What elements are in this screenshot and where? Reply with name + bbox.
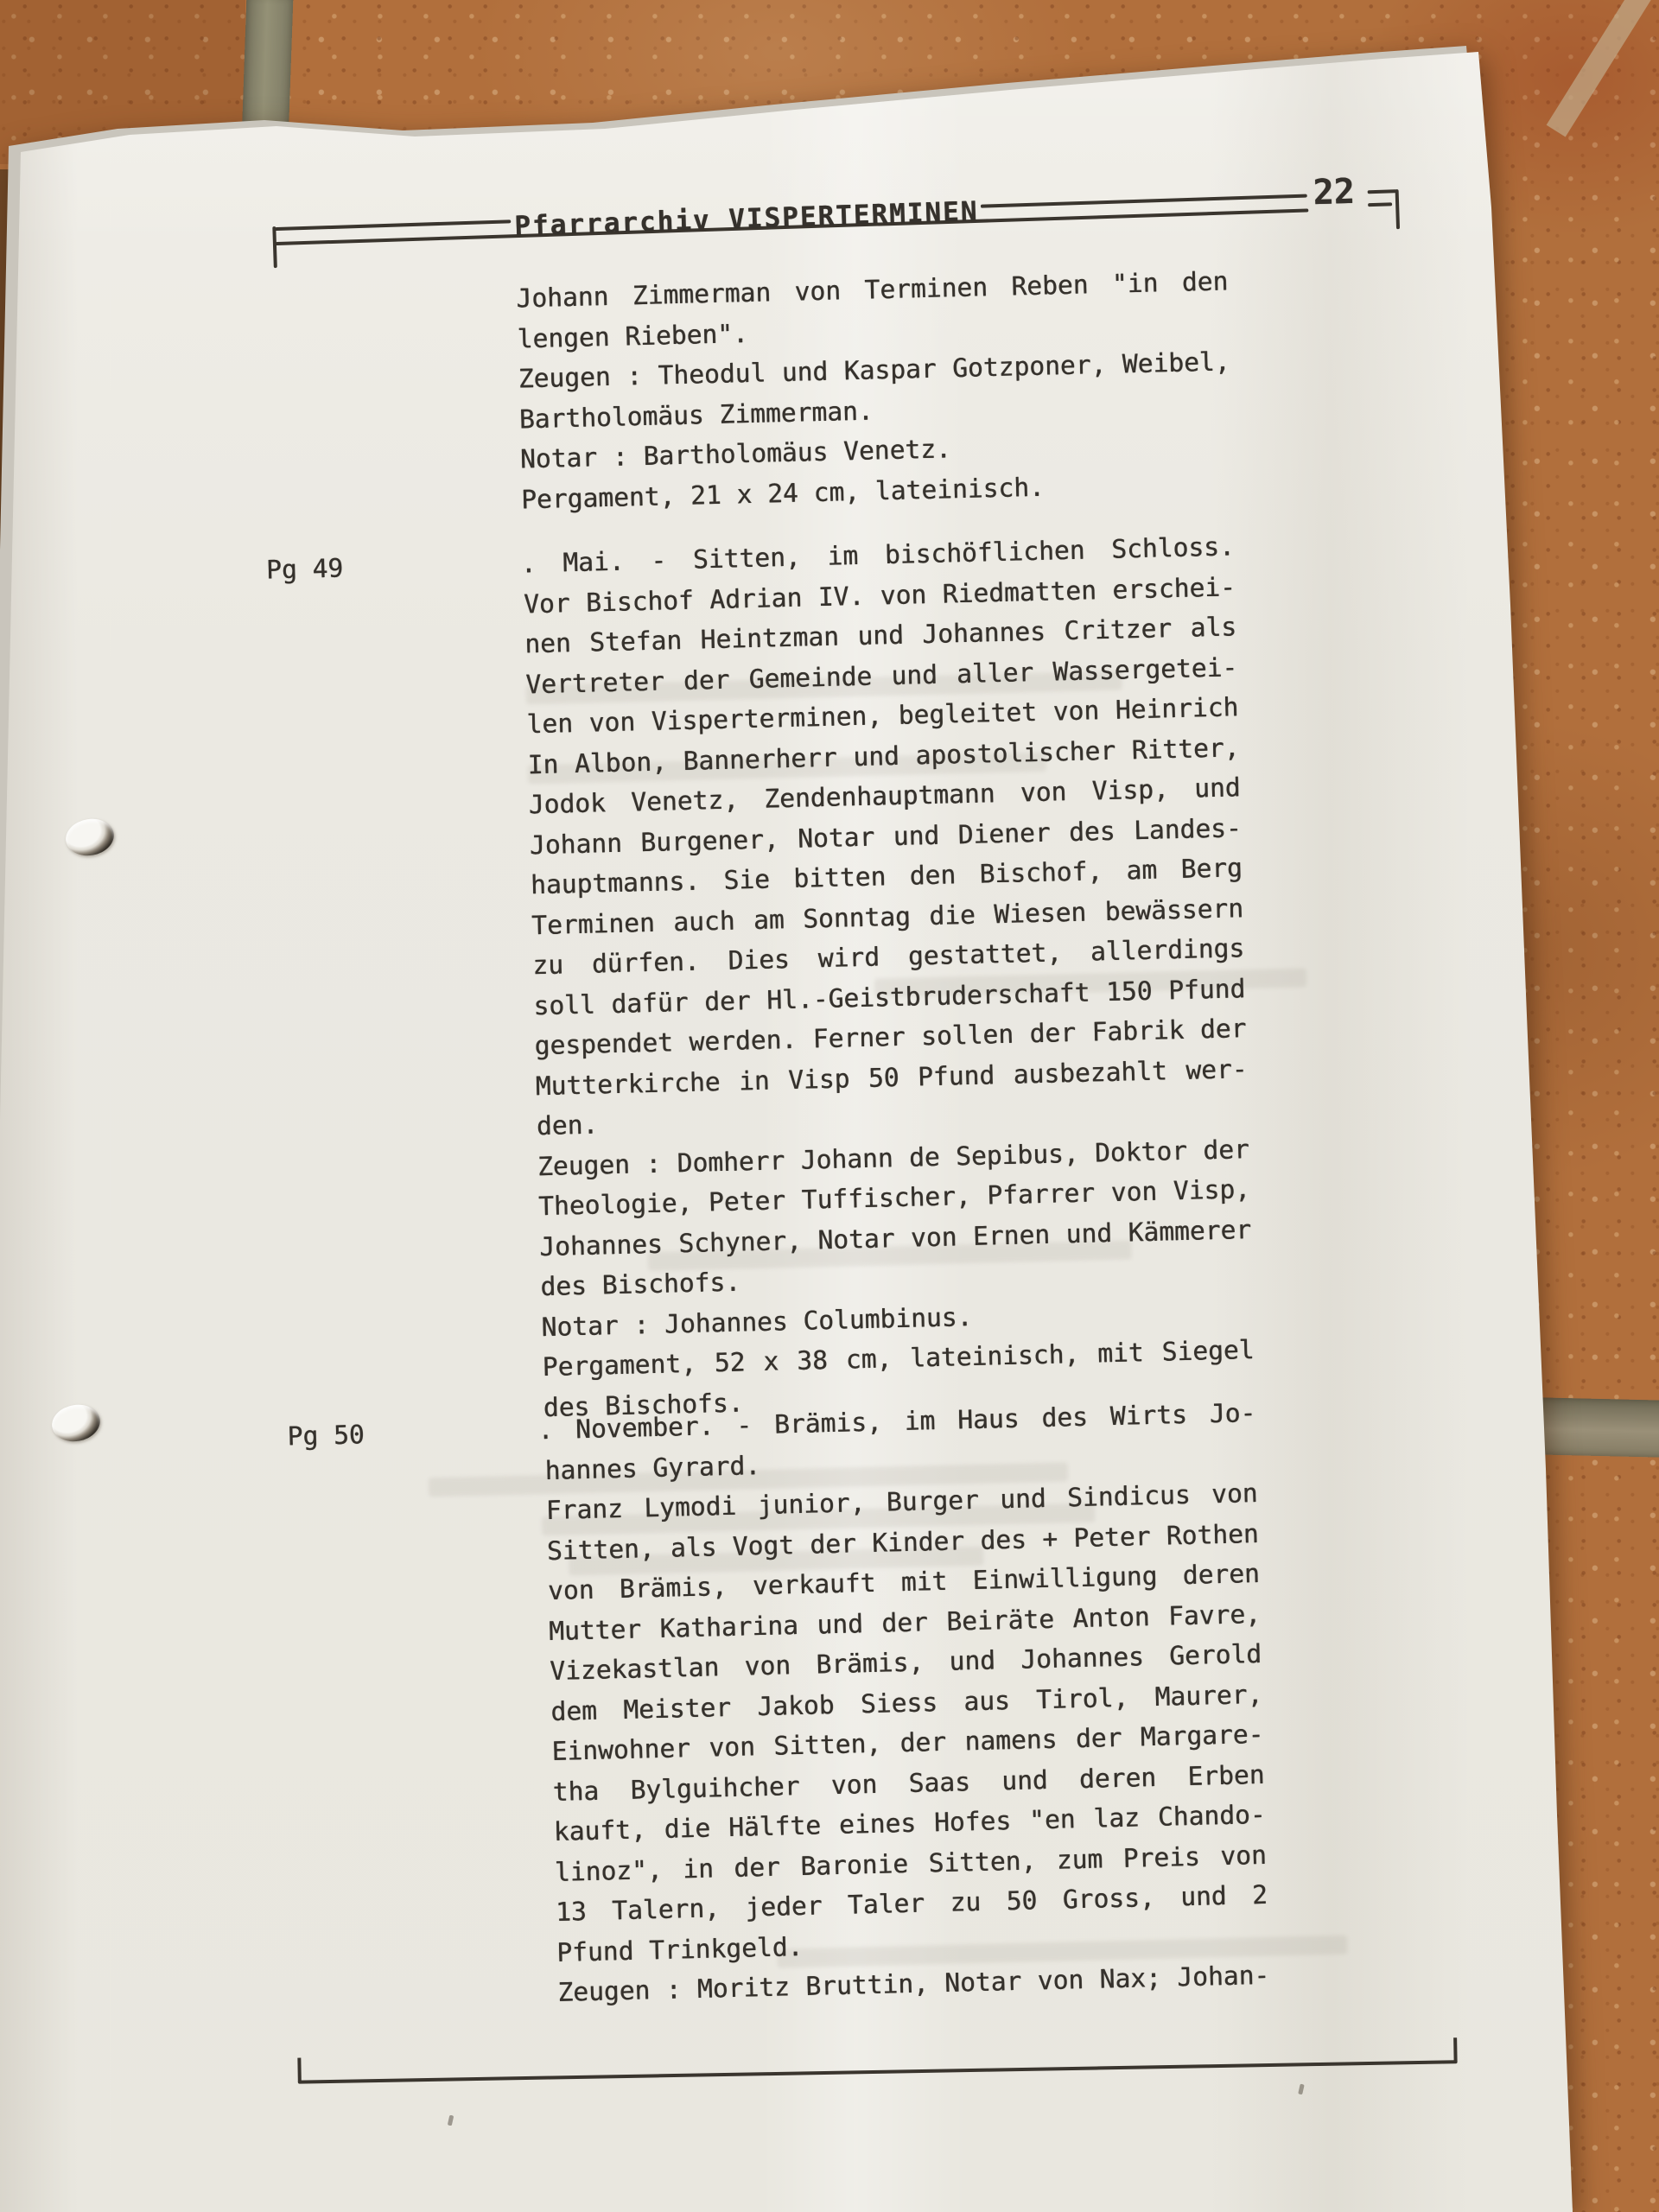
- stray-mark: [1298, 2084, 1304, 2095]
- entry-label-pg49: Pg 49: [266, 547, 405, 590]
- punch-hole-top: [63, 815, 117, 859]
- footer-left-bracket: [297, 2058, 301, 2082]
- paper-sheet: Pfarrarchiv VISPERTERMINEN 22 Johann: [0, 0, 1659, 2212]
- footer-right-bracket: [1453, 2037, 1457, 2062]
- footer-rule: [297, 2036, 1457, 2083]
- archive-title: Pfarrarchiv VISPERTERMINEN: [514, 197, 979, 241]
- stray-mark: [448, 2115, 454, 2126]
- header-hook-upper: [1368, 189, 1397, 194]
- header-rule-upper-left: [275, 219, 511, 231]
- header-left-bracket: [272, 226, 277, 268]
- entry-text-pg49: 1647, 5. Mai. - Sitten, im bischöflichen…: [522, 526, 1255, 1427]
- document-stack: Pfarrarchiv VISPERTERMINEN 22 Johann: [0, 0, 1659, 2212]
- typewritten-content: Pfarrarchiv VISPERTERMINEN 22 Johann: [251, 183, 1473, 2164]
- footer-line: [298, 2060, 1458, 2083]
- page-number: 22: [1313, 175, 1355, 211]
- header-hook-lower: [1368, 202, 1392, 207]
- photo-of-archive-page: Pfarrarchiv VISPERTERMINEN 22 Johann: [0, 0, 1659, 2212]
- punch-hole-bottom: [49, 1401, 103, 1445]
- header-rule-upper-right: [981, 194, 1307, 208]
- page-header: Pfarrarchiv VISPERTERMINEN 22: [251, 178, 1414, 270]
- entry-label-pg50: Pg 50: [287, 1413, 426, 1456]
- intro-paragraph: Johann Zimmerman von Terminen Reben "in …: [516, 261, 1234, 519]
- entry-text-pg50: 1647, 7. November. - Brämis, im Haus des…: [543, 1393, 1270, 2012]
- header-right-bracket: [1395, 189, 1400, 229]
